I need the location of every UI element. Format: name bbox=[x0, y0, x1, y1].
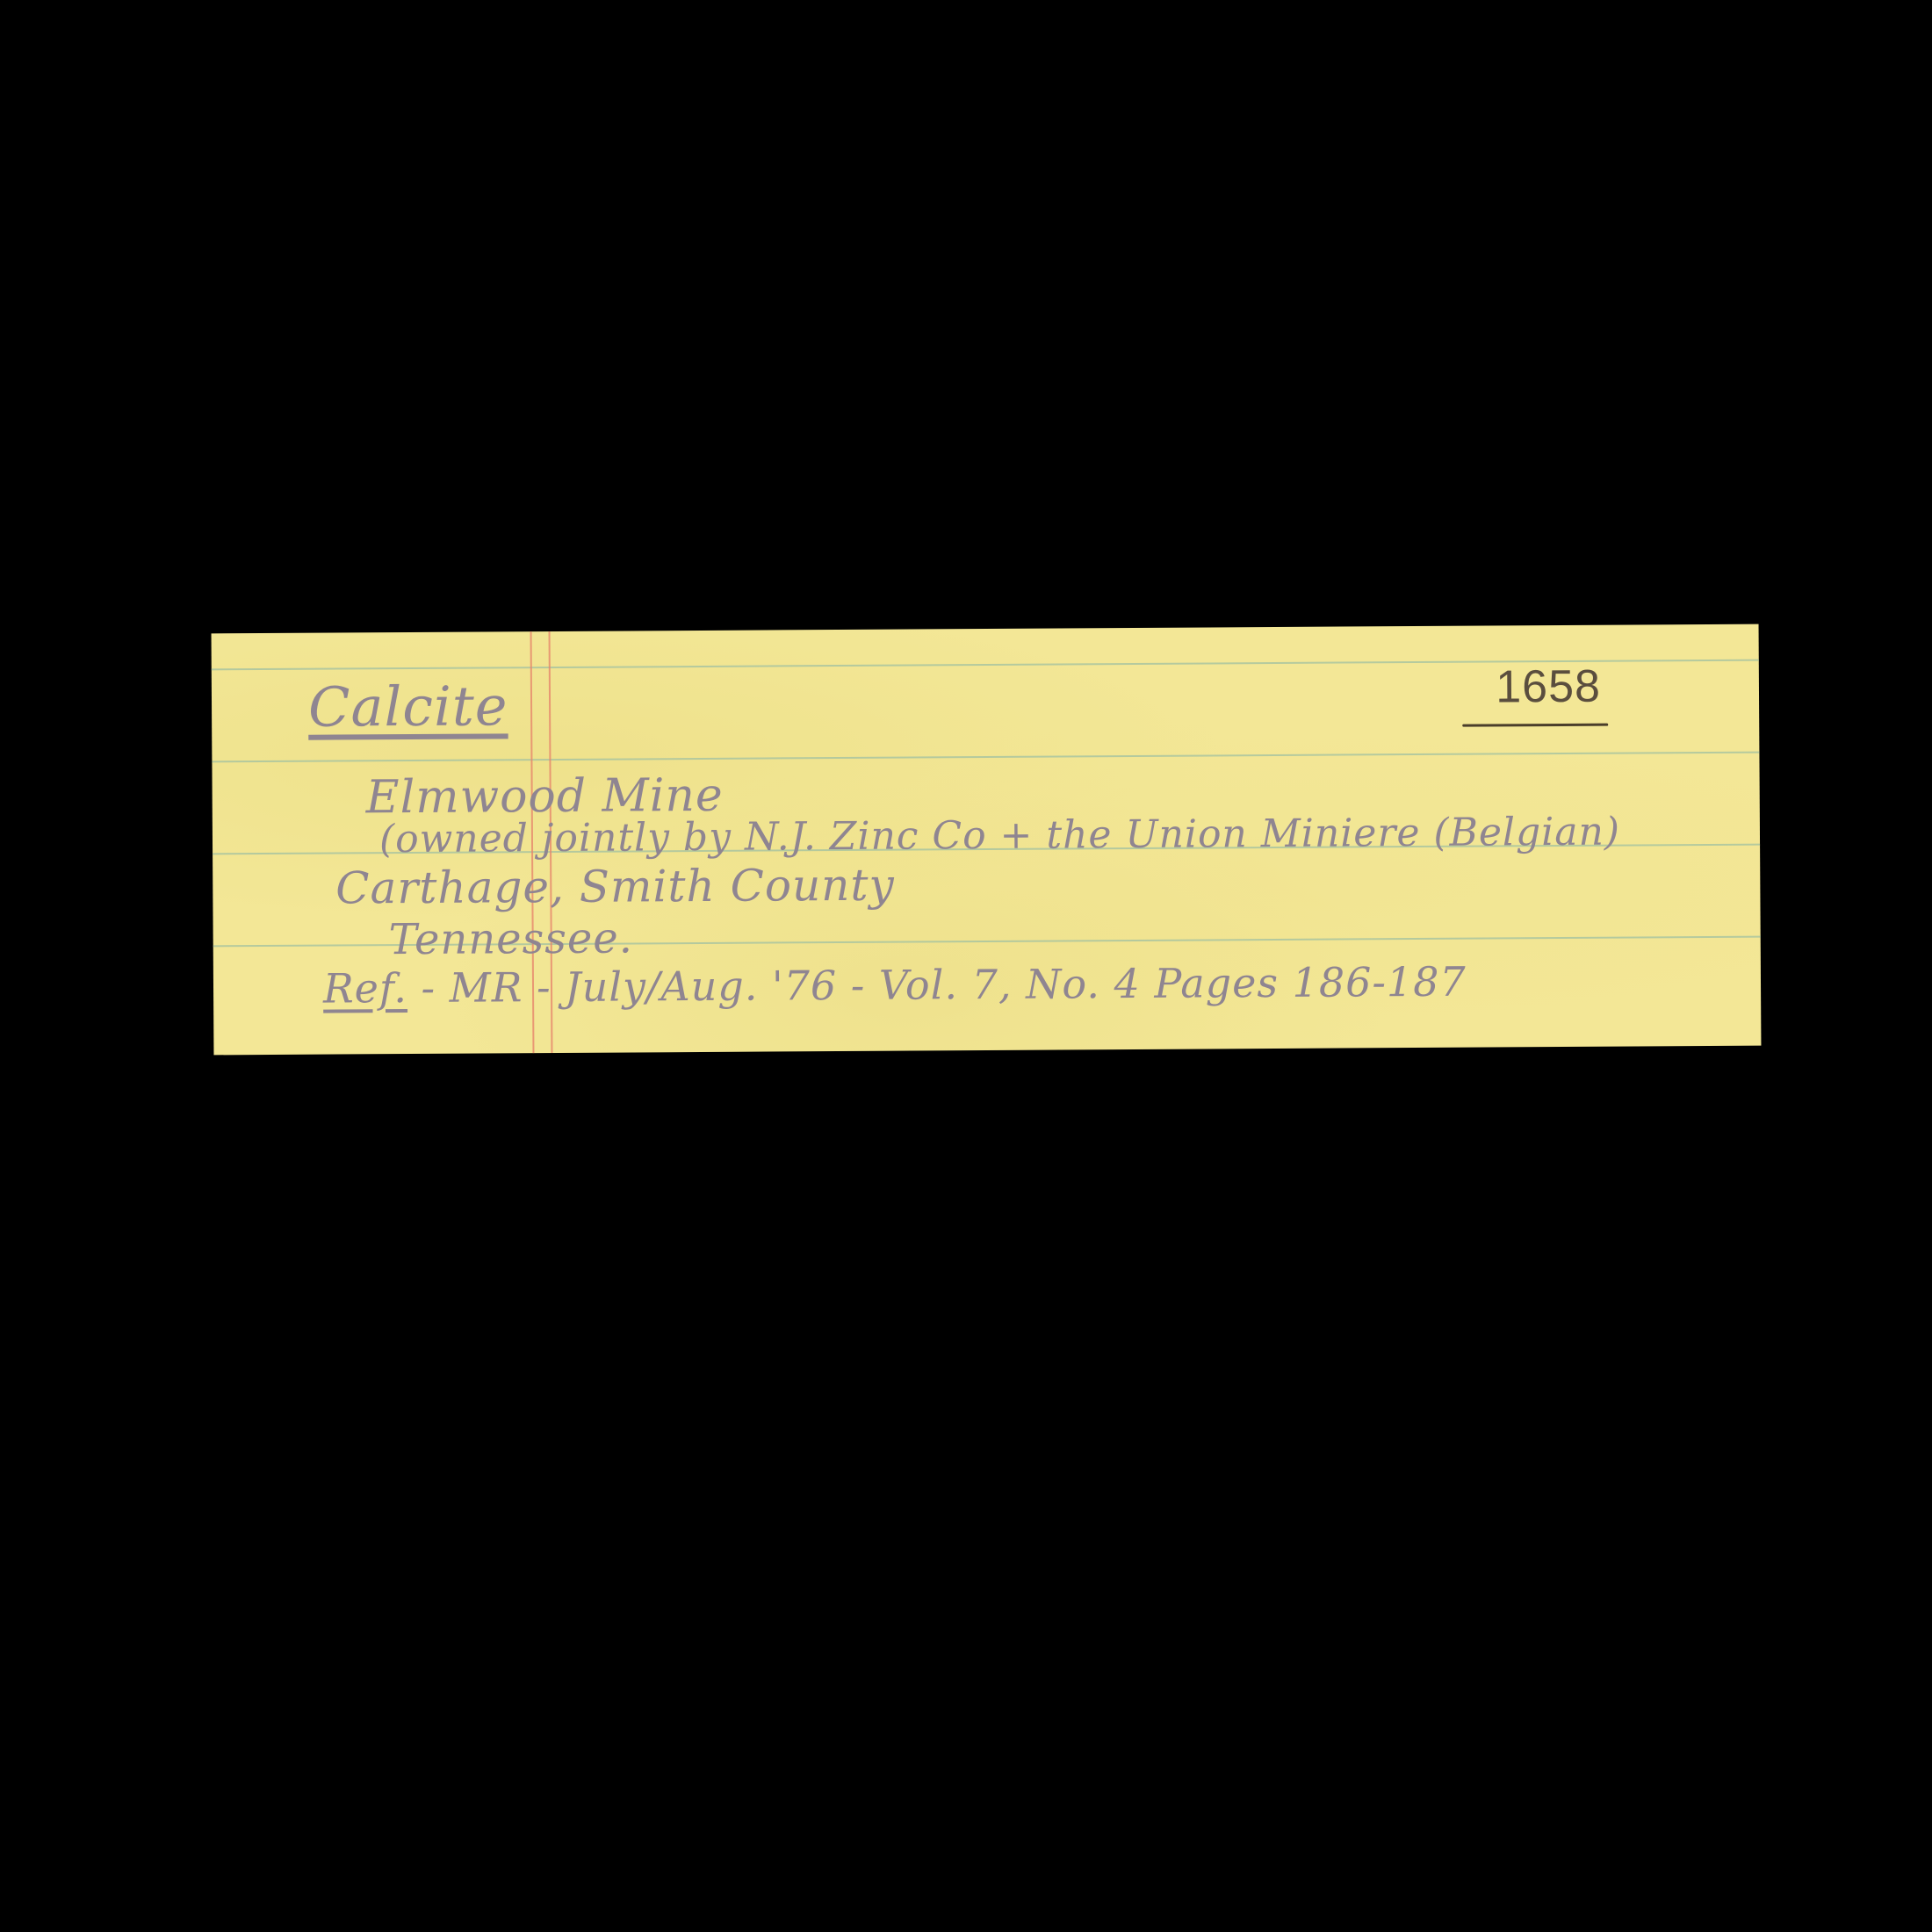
ownership-note: (owned jointly by N.J. Zinc Co + the Uni… bbox=[379, 810, 1620, 862]
town-county: Carthage, Smith County bbox=[335, 860, 895, 914]
mineral-name: Calcite bbox=[308, 674, 508, 739]
ruled-line bbox=[212, 752, 1759, 763]
state: Tennessee. bbox=[389, 913, 634, 964]
reference-text: - MR - July/Aug. '76 - Vol. 7, No. 4 Pag… bbox=[407, 958, 1467, 1012]
reference-line: Ref. - MR - July/Aug. '76 - Vol. 7, No. … bbox=[323, 958, 1467, 1013]
catalog-number-underline bbox=[1462, 724, 1608, 727]
reference-label: Ref. bbox=[323, 964, 407, 1013]
specimen-label-card: Calcite 1658 Elmwood Mine (owned jointly… bbox=[212, 624, 1762, 1056]
catalog-number: 1658 bbox=[1496, 660, 1601, 714]
